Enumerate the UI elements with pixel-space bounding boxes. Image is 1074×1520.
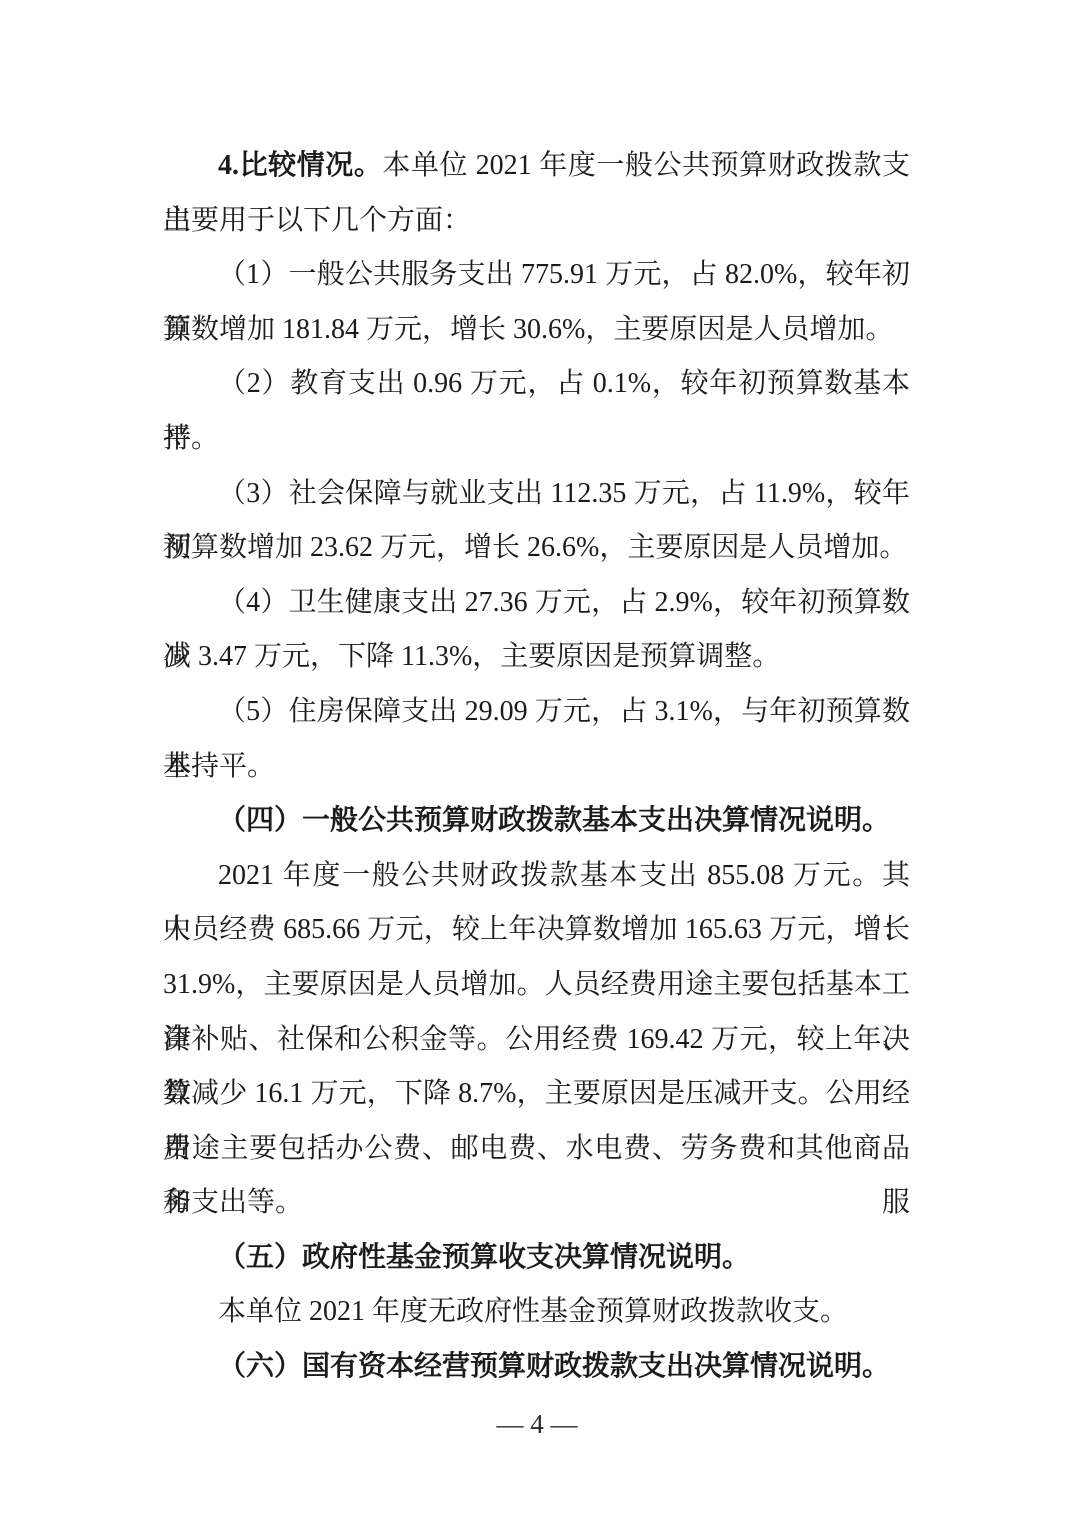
- basic-expense-line-6: 用途主要包括办公费、邮电费、水电费、劳务费和其他商品和服: [163, 1122, 910, 1177]
- paragraph-4-lead: 4.比较情况。: [218, 150, 382, 181]
- item-5-line-1: （5）住房保障支出 29.09 万元，占 3.1%，与年初预算数基: [163, 685, 910, 740]
- paragraph-4-line-2: 主要用于以下几个方面：: [163, 194, 910, 249]
- section-heading-4: （四）一般公共预算财政拨款基本支出决算情况说明。: [163, 794, 910, 849]
- basic-expense-line-1: 2021 年度一般公共财政拨款基本支出 855.08 万元。其中：: [163, 849, 910, 904]
- paragraph-4-line-1: 4.比较情况。本单位 2021 年度一般公共预算财政拨款支出: [163, 139, 910, 194]
- basic-expense-line-5: 数减少 16.1 万元，下降 8.7%，主要原因是压减开支。公用经费: [163, 1067, 910, 1122]
- gov-fund-statement: 本单位 2021 年度无政府性基金预算财政拨款收支。: [163, 1285, 910, 1340]
- basic-expense-line-3: 31.9%，主要原因是人员增加。人员经费用途主要包括基本工资、: [163, 958, 910, 1013]
- item-2-line-1: （2）教育支出 0.96 万元，占 0.1%，较年初预算数基本持: [163, 357, 910, 412]
- basic-expense-line-4: 津补贴、社保和公积金等。公用经费 169.42 万元，较上年决算: [163, 1013, 910, 1068]
- item-3-line-1: （3）社会保障与就业支出 112.35 万元，占 11.9%，较年初: [163, 467, 910, 522]
- item-4-line-1: （4）卫生健康支出 27.36 万元，占 2.9%，较年初预算数减: [163, 576, 910, 631]
- section-heading-5: （五）政府性基金预算收支决算情况说明。: [163, 1231, 910, 1286]
- item-1-line-2: 算数增加 181.84 万元，增长 30.6%，主要原因是人员增加。: [163, 303, 910, 358]
- item-5-line-2: 本持平。: [163, 740, 910, 795]
- page-number: — 4 —: [0, 1408, 1074, 1440]
- document-page: 4.比较情况。本单位 2021 年度一般公共预算财政拨款支出 主要用于以下几个方…: [0, 0, 1074, 1520]
- section-heading-6: （六）国有资本经营预算财政拨款支出决算情况说明。: [163, 1340, 910, 1395]
- basic-expense-line-2: 人员经费 685.66 万元，较上年决算数增加 165.63 万元，增长: [163, 903, 910, 958]
- item-1-line-1: （1）一般公共服务支出 775.91 万元，占 82.0%，较年初预: [163, 248, 910, 303]
- item-3-line-2: 预算数增加 23.62 万元，增长 26.6%，主要原因是人员增加。: [163, 521, 910, 576]
- document-body: 4.比较情况。本单位 2021 年度一般公共预算财政拨款支出 主要用于以下几个方…: [163, 139, 910, 1395]
- item-2-line-2: 平。: [163, 412, 910, 467]
- item-4-line-2: 少 3.47 万元，下降 11.3%，主要原因是预算调整。: [163, 630, 910, 685]
